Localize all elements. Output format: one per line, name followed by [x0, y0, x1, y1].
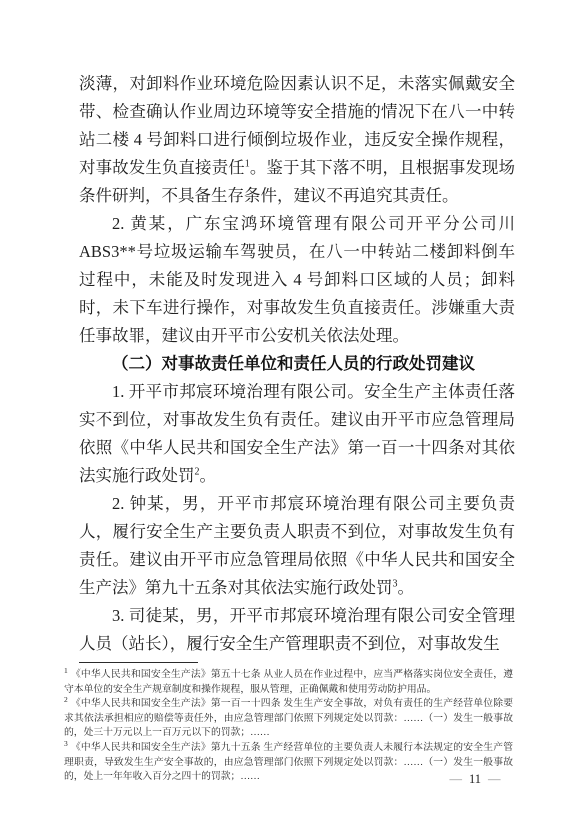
- footnote-marker-3: 3: [64, 739, 68, 748]
- paragraph-text: 2. 钟某，男，开平市邦宸环境治理有限公司主要负责人，履行安全生产主要负责人职责…: [79, 494, 515, 597]
- page-number-value: 11: [469, 772, 481, 787]
- page-number-dash-right: —: [488, 772, 501, 787]
- paragraph-item-2-huang: 2. 黄某，广东宝鸿环境管理有限公司开平分公司川ABS3**号垃圾运输车驾驶员，…: [79, 210, 515, 350]
- footnote-2: 2《中华人民共和国安全生产法》第一百一十四条 发生生产安全事故，对负有责任的生产…: [64, 697, 513, 741]
- paragraph-text: 1. 开平市邦宸环境治理有限公司。安全生产主体责任落实不到位，对事故发生负有责任…: [79, 382, 515, 485]
- footnote-marker-1: 1: [64, 666, 68, 675]
- paragraph-text: 2. 黄某，广东宝鸿环境管理有限公司开平分公司川ABS3**号垃圾运输车驾驶员，…: [79, 214, 515, 345]
- paragraph-item-3-situ: 3. 司徒某，男，开平市邦宸环境治理有限公司安全管理人员（站长），履行安全生产管…: [79, 602, 515, 658]
- document-body: 淡薄，对卸料作业环境危险因素认识不足，未落实佩戴安全带、检查确认作业周边环境等安…: [79, 70, 515, 658]
- page-number-dash-left: —: [449, 772, 462, 787]
- document-page: 淡薄，对卸料作业环境危险因素认识不足，未落实佩戴安全带、检查确认作业周边环境等安…: [0, 0, 588, 829]
- paragraph-text: 。: [398, 578, 415, 597]
- paragraph-item-1-company: 1. 开平市邦宸环境治理有限公司。安全生产主体责任落实不到位，对事故发生负有责任…: [79, 378, 515, 490]
- footnote-marker-2: 2: [64, 695, 68, 704]
- footnote-separator: [79, 662, 198, 663]
- footnote-text: 《中华人民共和国安全生产法》第一百一十四条 发生生产安全事故，对负有责任的生产经…: [64, 698, 513, 738]
- footnote-text: 《中华人民共和国安全生产法》第五十七条 从业人员在作业过程中，应当严格落实岗位安…: [64, 669, 513, 695]
- footnotes-block: 1《中华人民共和国安全生产法》第五十七条 从业人员在作业过程中，应当严格落实岗位…: [64, 668, 513, 785]
- paragraph-continuation: 淡薄，对卸料作业环境危险因素认识不足，未落实佩戴安全带、检查确认作业周边环境等安…: [79, 70, 515, 210]
- footnote-1: 1《中华人民共和国安全生产法》第五十七条 从业人员在作业过程中，应当严格落实岗位…: [64, 668, 513, 697]
- paragraph-text: 。: [200, 466, 217, 485]
- paragraph-item-2-zhong: 2. 钟某，男，开平市邦宸环境治理有限公司主要负责人，履行安全生产主要负责人职责…: [79, 490, 515, 602]
- paragraph-text: 3. 司徒某，男，开平市邦宸环境治理有限公司安全管理人员（站长），履行安全生产管…: [79, 606, 515, 653]
- page-number: — 11 —: [440, 772, 510, 787]
- section-heading-administrative-penalty: （二）对事故责任单位和责任人员的行政处罚建议: [79, 350, 515, 378]
